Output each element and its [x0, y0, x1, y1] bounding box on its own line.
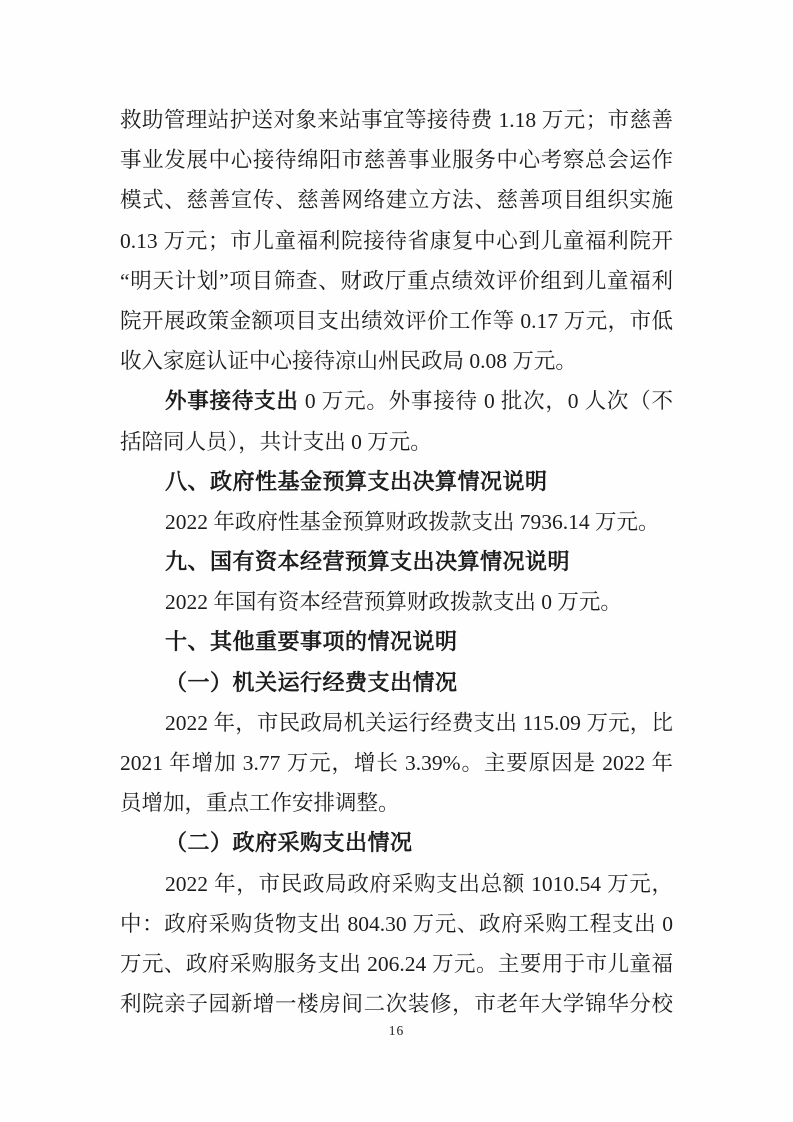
body-line: 2022 年，市民政局政府采购支出总额 1010.54 万元，其	[120, 864, 673, 904]
bold-run-foreign-affairs: 外事接待支出	[165, 389, 299, 413]
body-line: 括陪同人员），共计支出 0 万元。	[120, 422, 673, 462]
body-line: 院开展政策金额项目支出绩效评价工作等 0.17 万元，市低	[120, 301, 673, 341]
body-line: 0.13 万元；市儿童福利院接待省康复中心到儿童福利院开展	[120, 221, 673, 261]
body-line: 2021 年增加 3.77 万元，增长 3.39%。主要原因是 2022 年人	[120, 743, 673, 783]
section-heading-8: 八、政府性基金预算支出决算情况说明	[120, 462, 673, 502]
body-line: 2022 年，市民政局机关运行经费支出 115.09 万元，比	[120, 703, 673, 743]
subsection-heading-2: （二）政府采购支出情况	[120, 823, 673, 863]
body-line: 员增加，重点工作安排调整。	[120, 783, 673, 823]
body-line: 救助管理站护送对象来站事宜等接待费 1.18 万元；市慈善	[120, 100, 673, 140]
body-line: 利院亲子园新增一楼房间二次装修，市老年大学锦华分校教	[120, 984, 673, 1024]
body-line: 事业发展中心接待绵阳市慈善事业服务中心考察总会运作	[120, 140, 673, 180]
body-line: 中：政府采购货物支出 804.30 万元、政府采购工程支出 0	[120, 904, 673, 944]
text-block: 救助管理站护送对象来站事宜等接待费 1.18 万元；市慈善 事业发展中心接待绵阳…	[120, 100, 673, 1024]
document-page: 救助管理站护送对象来站事宜等接待费 1.18 万元；市慈善 事业发展中心接待绵阳…	[0, 0, 793, 1122]
subsection-heading-1: （一）机关运行经费支出情况	[120, 663, 673, 703]
page-number: 16	[0, 1020, 793, 1042]
section-heading-9: 九、国有资本经营预算支出决算情况说明	[120, 542, 673, 582]
body-line: 模式、慈善宣传、慈善网络建立方法、慈善项目组织实施等	[120, 180, 673, 220]
body-line: 2022 年政府性基金预算财政拨款支出 7936.14 万元。	[120, 502, 673, 542]
body-line: “明天计划”项目筛查、财政厅重点绩效评价组到儿童福利	[120, 261, 673, 301]
body-line: 2022 年国有资本经营预算财政拨款支出 0 万元。	[120, 582, 673, 622]
body-line: 收入家庭认证中心接待凉山州民政局 0.08 万元。	[120, 341, 673, 381]
body-line: 万元、政府采购服务支出 206.24 万元。主要用于市儿童福	[120, 944, 673, 984]
section-heading-10: 十、其他重要事项的情况说明	[120, 622, 673, 662]
body-line-foreign-affairs: 外事接待支出 0 万元。外事接待 0 批次，0 人次（不包	[120, 381, 673, 421]
